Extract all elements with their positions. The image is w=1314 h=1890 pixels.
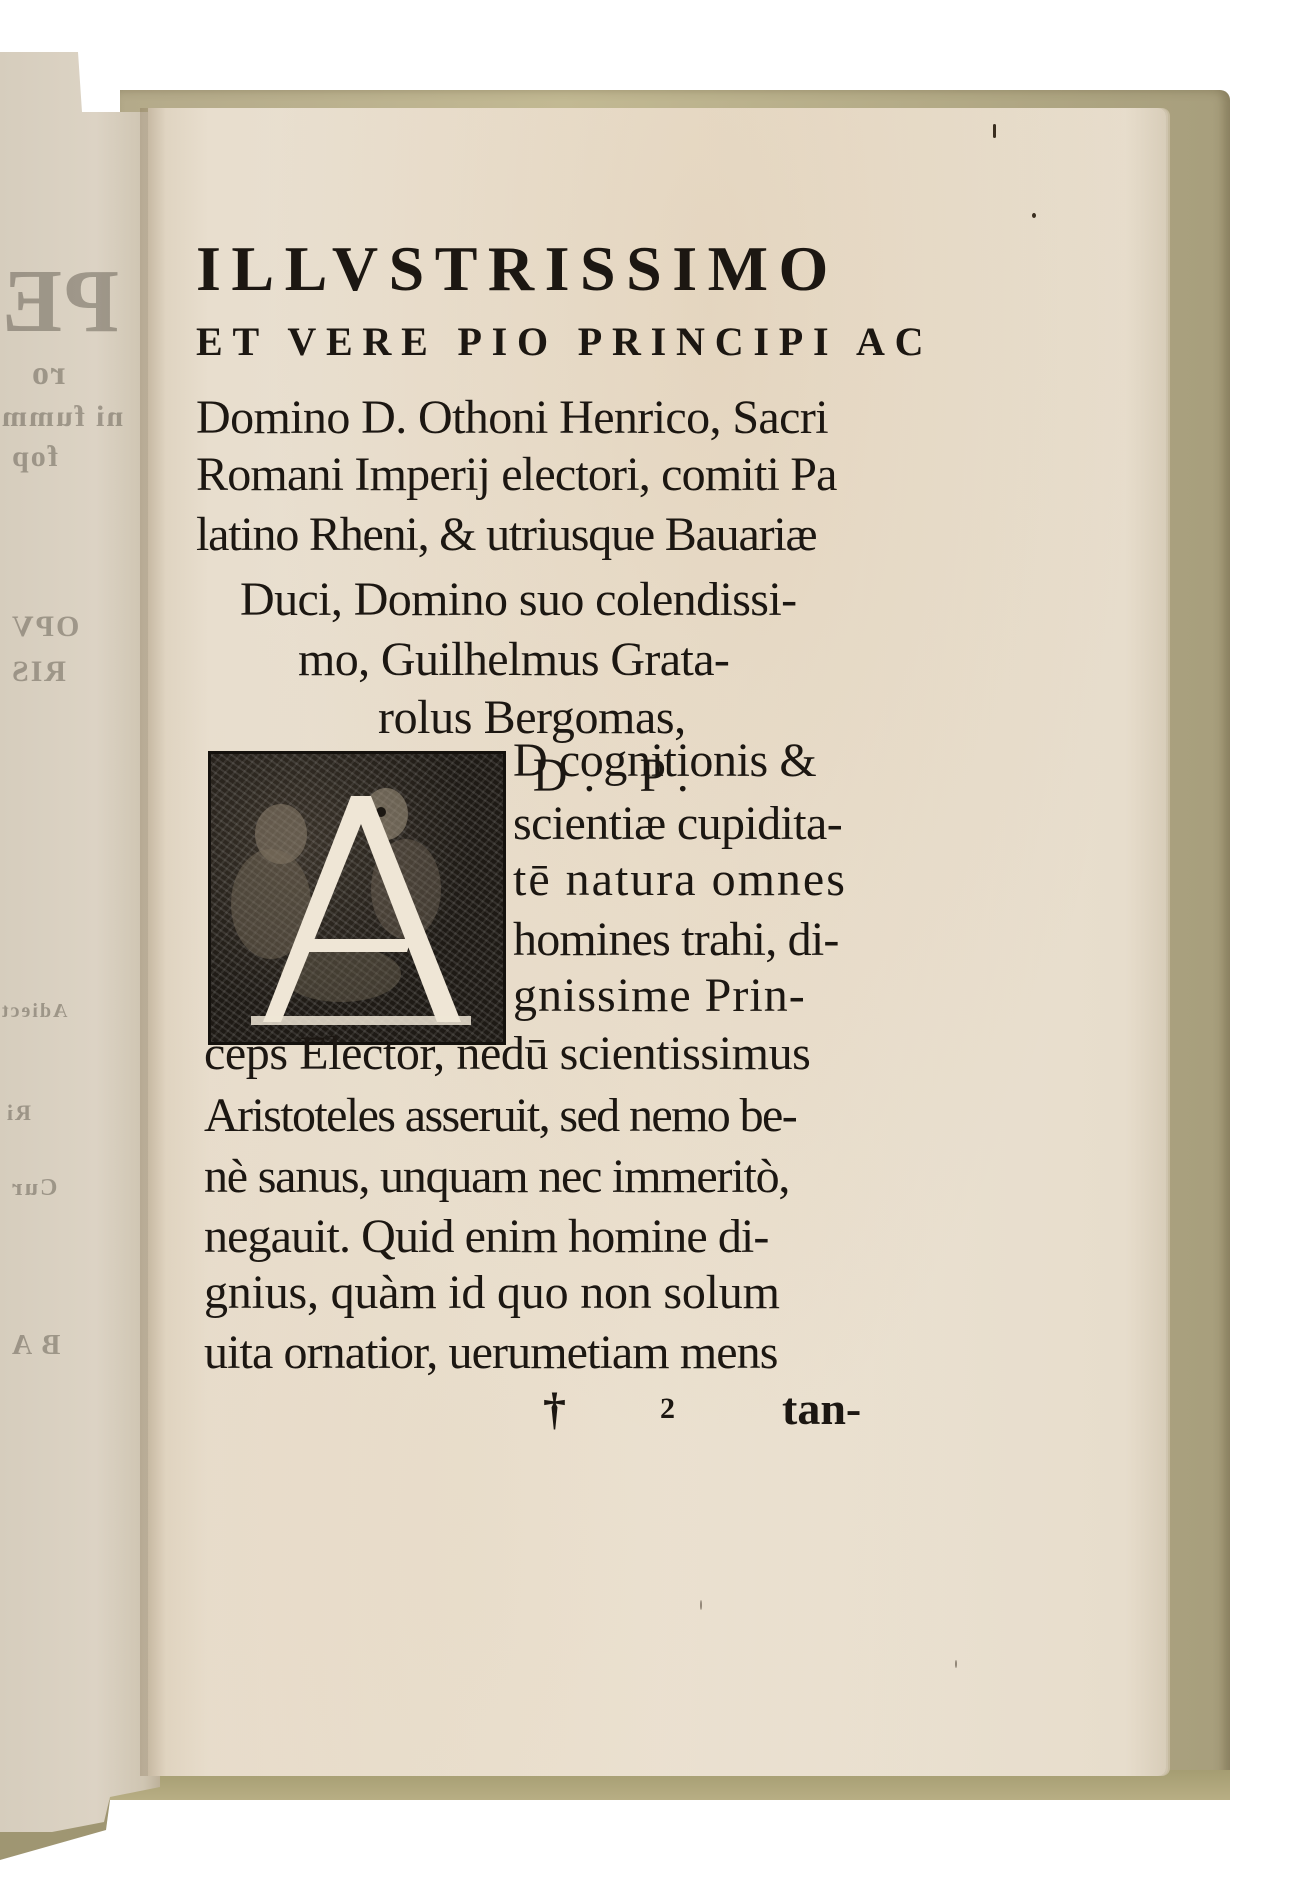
body-line-11: uita ornatior, uerumetiam mens xyxy=(204,1325,778,1380)
signature-mark: † xyxy=(543,1382,566,1435)
body-line-6: ceps Elector, nedū scientissimus xyxy=(204,1026,810,1081)
gutter-shadow xyxy=(140,108,166,1776)
body-line-7: Aristoteles asseruit, sed nemo be- xyxy=(204,1088,796,1143)
show-through-text: Ri xyxy=(5,1100,31,1126)
show-through-text: Cur xyxy=(10,1175,57,1202)
show-through-text: Adiect xyxy=(0,1000,68,1023)
heading-line-7: mo, Guilhelmus Grata- xyxy=(298,632,729,687)
heading-line-6: Duci, Domino suo colendissi- xyxy=(240,572,796,627)
signature-number: 2 xyxy=(660,1392,675,1426)
body-line-1: D cognitionis & xyxy=(513,733,816,788)
body-line-5: gnissime Prin- xyxy=(513,968,806,1023)
heading-line-5: latino Rheni, & utriusque Bauariæ xyxy=(196,507,816,562)
show-through-text: fop xyxy=(10,440,58,474)
ink-speck xyxy=(700,1600,702,1610)
body-line-4: homines trahi, di- xyxy=(513,912,839,967)
body-line-2: scientiæ cupidita- xyxy=(513,796,842,851)
show-through-text: ro xyxy=(30,355,65,393)
woodcut-letter-a-icon xyxy=(211,754,503,1042)
body-line-10: gnius, quàm id quo non solum xyxy=(204,1265,780,1320)
body-line-9: negauit. Quid enim homine di- xyxy=(204,1209,768,1264)
show-through-text: ni fumm xyxy=(0,400,123,434)
show-through-text: RIS xyxy=(10,655,66,689)
woodcut-initial xyxy=(208,751,506,1045)
ink-speck xyxy=(993,124,996,138)
body-line-8: nè sanus, unquam nec immeritò, xyxy=(204,1149,789,1204)
heading-line-4: Romani Imperij electori, comiti Pa xyxy=(196,447,837,502)
catchword: tan- xyxy=(782,1382,861,1435)
ink-speck xyxy=(1032,213,1036,218)
heading-line-2: ET VERE PIO PRINCIPI AC xyxy=(196,318,933,365)
heading-line-3: Domino D. Othoni Henrico, Sacri xyxy=(196,390,828,445)
body-line-3: tē natura omnes xyxy=(513,852,847,907)
heading-line-1: ILLVSTRISSIMO xyxy=(196,232,839,306)
show-through-text: B A xyxy=(10,1330,60,1362)
show-through-text: PE xyxy=(0,250,119,353)
show-through-text: OPV xyxy=(10,610,79,644)
ink-speck xyxy=(955,1660,957,1668)
